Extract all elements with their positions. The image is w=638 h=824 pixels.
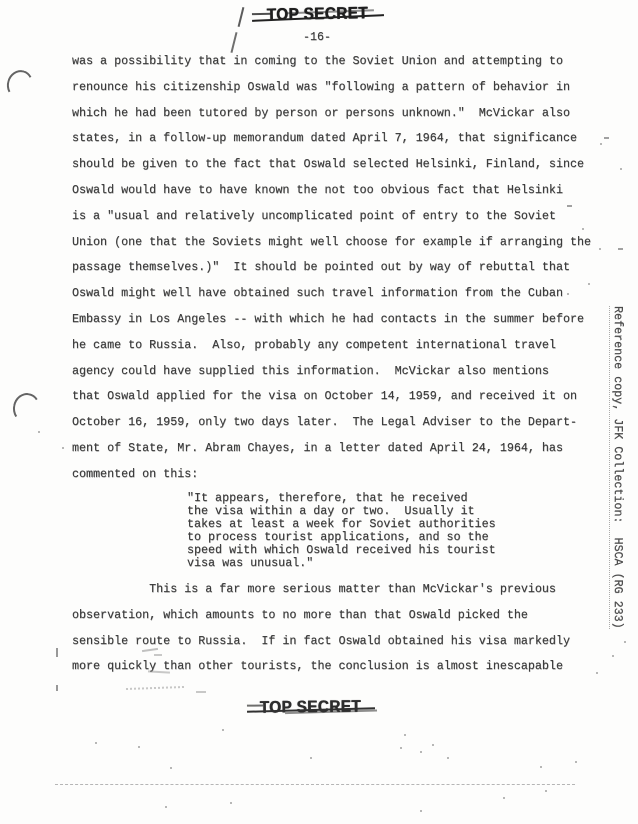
- margin-pen-mark: [4, 67, 37, 102]
- scan-speck: [624, 641, 626, 643]
- scan-speck: [400, 747, 402, 749]
- body-paragraph-2: This is a far more serious matter than M…: [72, 577, 570, 680]
- scanned-document-page: TOP SECRET -16- was a possibility that i…: [0, 0, 638, 824]
- edge-tick-mark: [56, 648, 58, 657]
- archive-reference-note: Reference copy, JFK Collection: HSCA (RG…: [609, 306, 625, 629]
- scan-speck: [588, 283, 590, 285]
- scan-speck: [567, 293, 569, 295]
- scan-speck: [503, 797, 505, 799]
- pencil-smudge: [154, 654, 162, 656]
- scan-speck: [170, 767, 172, 769]
- margin-pen-mark: [11, 391, 43, 425]
- pen-stroke-mark: [238, 7, 245, 27]
- fold-crease-line: [55, 784, 575, 785]
- scan-speck: [447, 757, 449, 759]
- scan-speck: [540, 766, 542, 768]
- block-quote: "It appears, therefore, that he received…: [187, 492, 496, 569]
- scan-speck: [38, 431, 40, 433]
- page-number: -16-: [287, 30, 347, 44]
- scan-speck: [567, 205, 572, 207]
- strikethrough-line: [252, 13, 272, 15]
- scan-speck: [420, 810, 422, 812]
- scan-speck: [604, 137, 609, 139]
- scan-speck: [95, 742, 97, 744]
- scan-speck: [596, 672, 598, 674]
- scan-speck: [545, 790, 547, 792]
- scan-speck: [582, 228, 584, 230]
- scan-speck: [620, 168, 622, 170]
- scan-speck: [222, 729, 224, 731]
- scan-speck: [230, 802, 232, 804]
- scan-speck: [310, 757, 312, 759]
- scan-speck: [165, 806, 167, 808]
- scan-speck: [618, 248, 623, 250]
- scan-speck: [420, 751, 422, 753]
- body-paragraph-1: was a possibility that in coming to the …: [72, 49, 591, 488]
- edge-tick-mark: [56, 685, 58, 691]
- scan-speck: [575, 761, 577, 763]
- scan-speck: [62, 447, 64, 449]
- pencil-smudge: [126, 686, 184, 690]
- strikethrough-line: [247, 704, 263, 706]
- top-secret-stamp-top: TOP SECRET: [262, 5, 372, 27]
- top-secret-stamp-bottom: TOP SECRET: [255, 698, 365, 719]
- pencil-smudge: [196, 691, 206, 693]
- scan-speck: [138, 746, 140, 748]
- scan-speck: [600, 143, 602, 145]
- scan-speck: [599, 248, 601, 250]
- scan-speck: [612, 655, 614, 657]
- scan-speck: [432, 744, 434, 746]
- scan-speck: [404, 734, 406, 736]
